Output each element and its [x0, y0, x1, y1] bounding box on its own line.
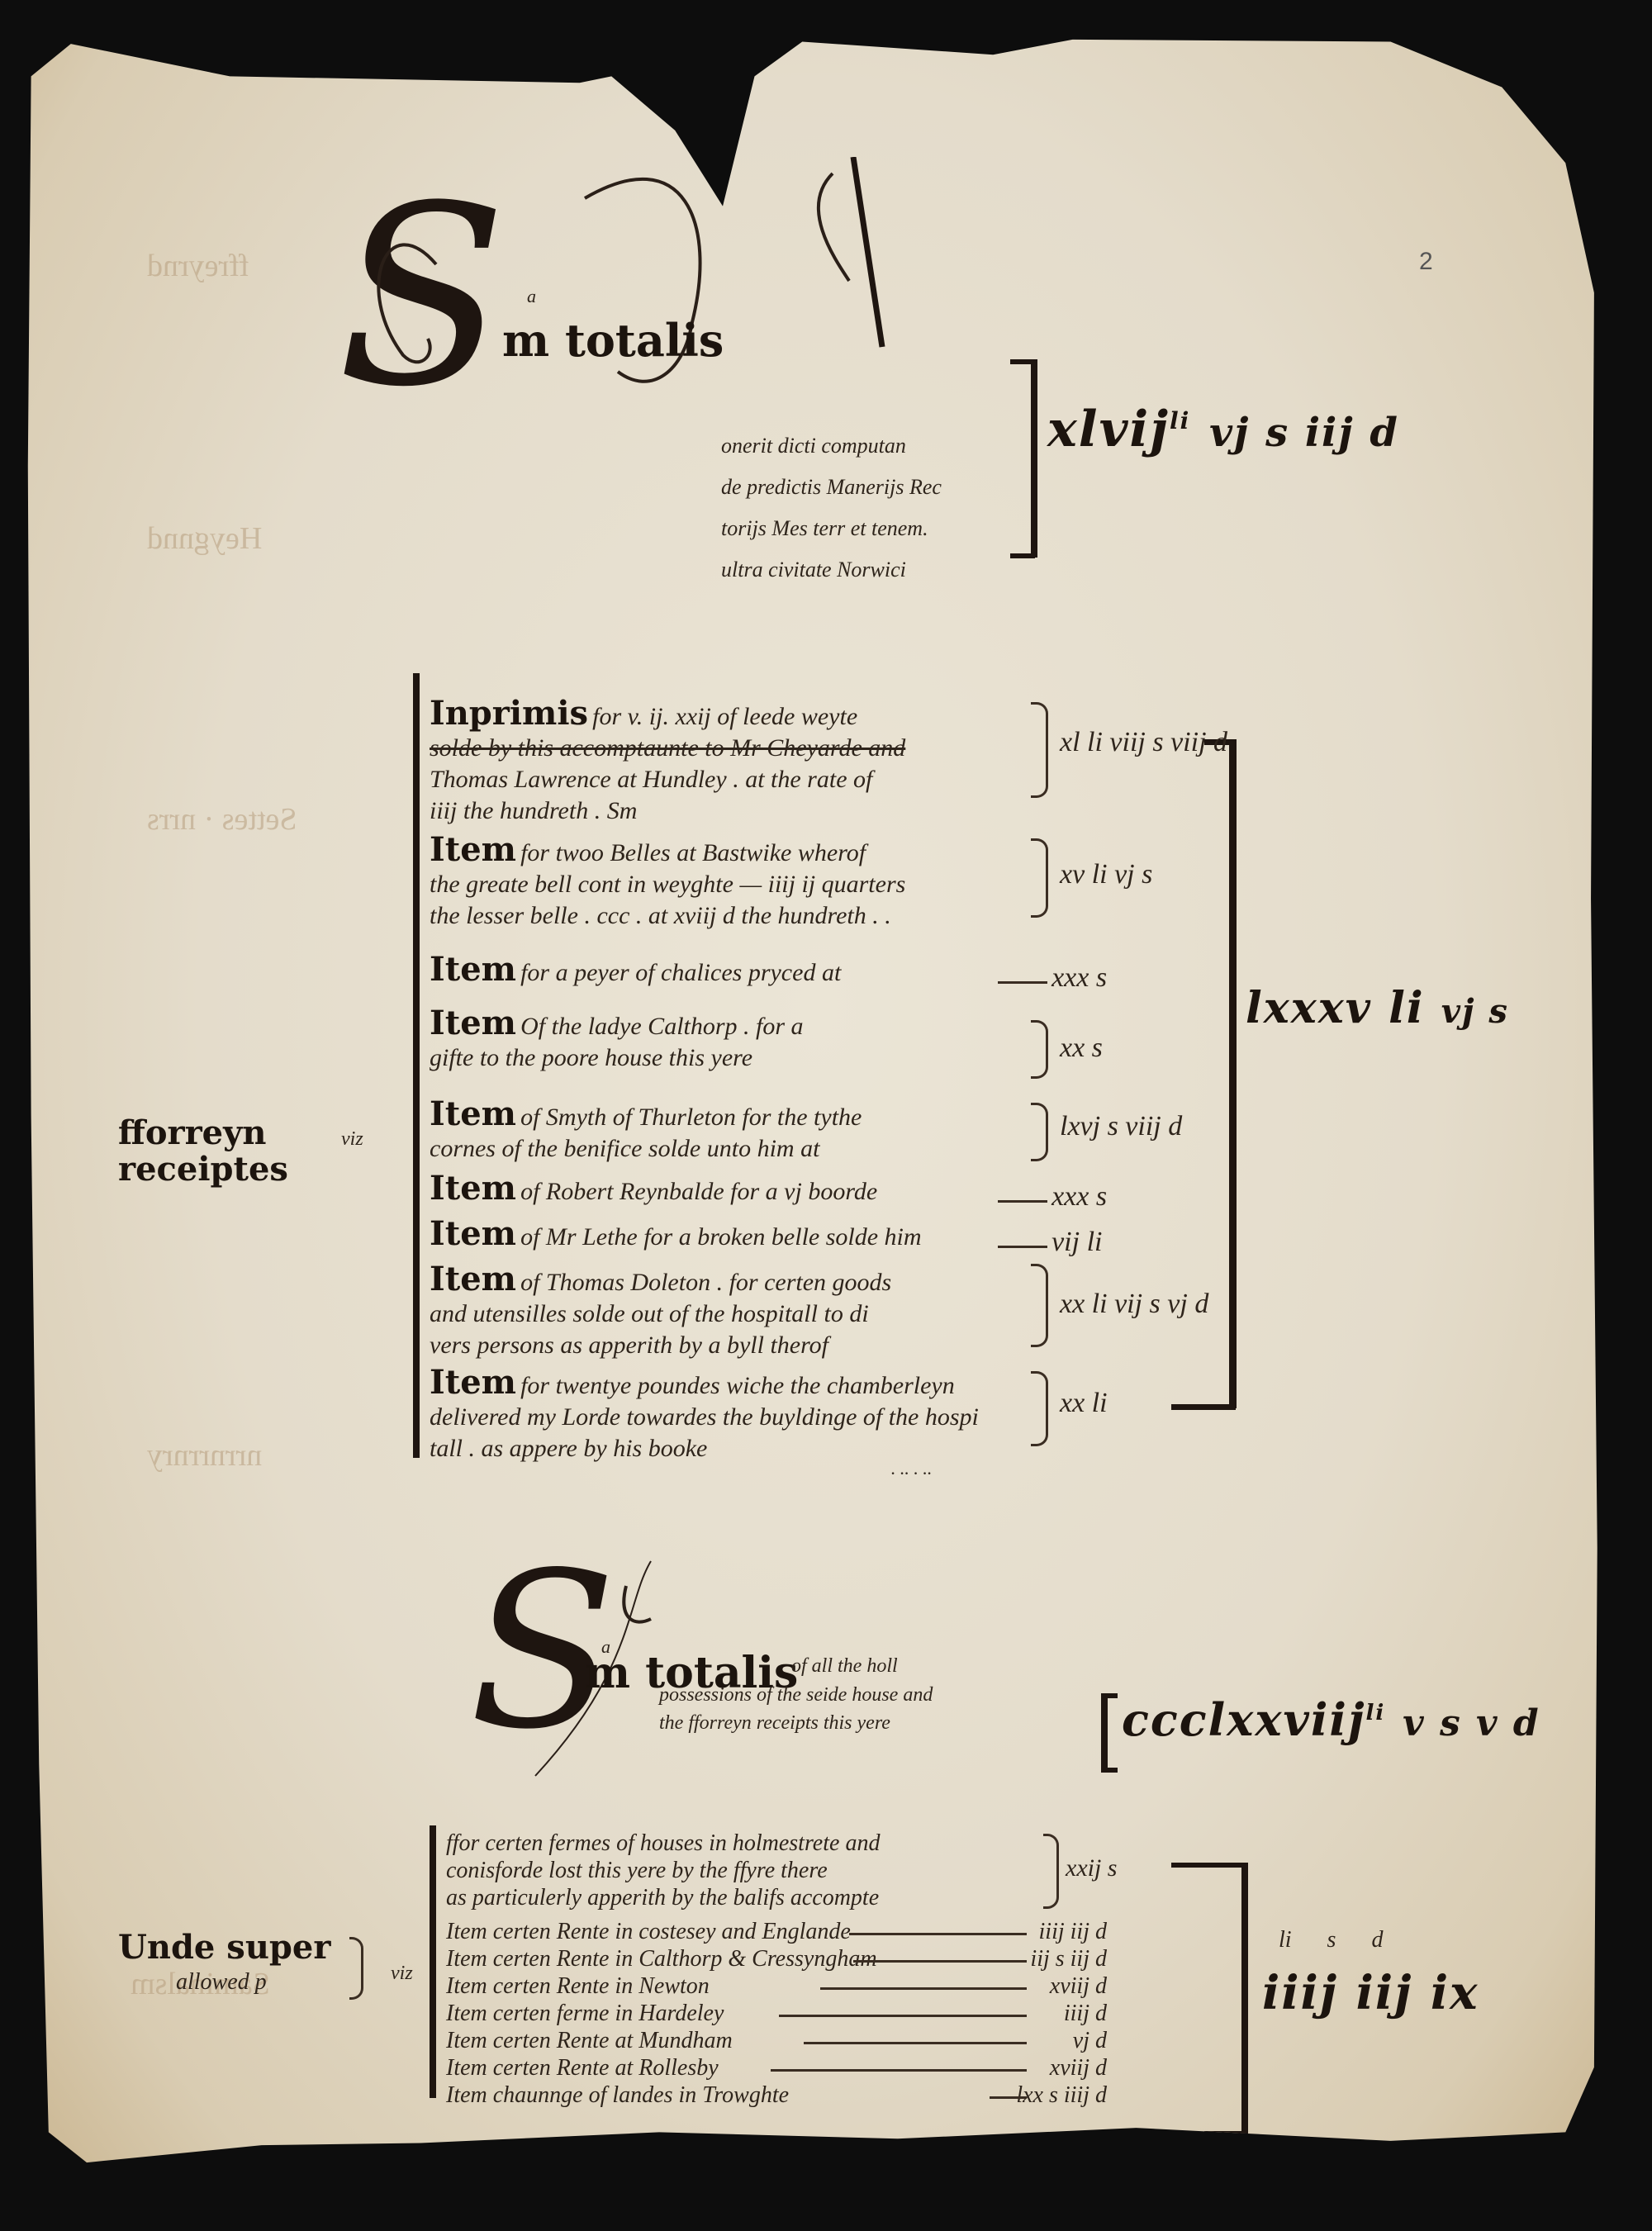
- summa-heading: m totalis: [502, 314, 724, 367]
- receipt-item: Item for twoo Belles at Bastwike wherof …: [430, 830, 1074, 932]
- bracket-line: [1171, 1863, 1247, 1868]
- allowance-item: ffor certen fermes of houses in holmestr…: [446, 1830, 1041, 1911]
- total-units: li s d: [1279, 1925, 1383, 1956]
- left-bracket-rule: [413, 673, 420, 1458]
- bracket-line: [1010, 553, 1035, 558]
- item-brace: [1031, 1103, 1048, 1161]
- item-brace: [1031, 702, 1048, 798]
- item-brace: [349, 1937, 363, 2000]
- item-amount: lxvj s viij d: [1060, 1111, 1182, 1142]
- bleedthrough-text: nrrnrrnry: [147, 1437, 262, 1474]
- allowance-amount: xxij s: [1066, 1854, 1117, 1882]
- item-amount: xx li: [1060, 1388, 1108, 1419]
- item-amount: xx li vij s vj d: [1060, 1289, 1208, 1320]
- leader-line: [849, 1933, 1027, 1935]
- folio-number: 2: [1419, 248, 1433, 276]
- bleedthrough-text: Settes · nrrs: [147, 801, 297, 838]
- receipt-item: Item of Thomas Doleton . for certen good…: [430, 1260, 1074, 1361]
- bracket-line: [1101, 1693, 1108, 1772]
- leader-dash: [998, 981, 1047, 984]
- summa-amount: ccclxxviijli v s v d: [1122, 1693, 1540, 1746]
- viz-label: viz: [391, 1958, 413, 1989]
- margin-label: fforreyn receiptes: [118, 1115, 288, 1188]
- receipt-item: Inprimis for v. ij. xxij of leede weyte …: [430, 694, 1074, 827]
- allowances-total: iiij iij ix: [1262, 1966, 1479, 2020]
- bleedthrough-text: ffreyrnd: [147, 248, 249, 284]
- leader-line: [779, 2015, 1027, 2017]
- bracket-line: [1031, 359, 1037, 558]
- item-brace: [1031, 838, 1048, 918]
- item-brace: [1031, 1371, 1048, 1446]
- receipt-item: Item Of the ladye Calthorp . for a gifte…: [430, 1004, 1074, 1074]
- bracket-line: [1204, 2131, 1247, 2136]
- receipt-item: Item for a peyer of chalices pryced at: [430, 950, 841, 989]
- summa-description: onerit dicti computan de predictis Maner…: [721, 425, 942, 591]
- total-bracket-rule: [1241, 1863, 1248, 2135]
- item-amount: xl li viij s viij d: [1060, 727, 1227, 758]
- item-brace: [1031, 1264, 1048, 1347]
- viz-label: viz: [341, 1123, 363, 1155]
- item-amount-row: xxx s: [998, 962, 1107, 994]
- manuscript-page: ffreyrnd Heygnnd Settes · nrrs nrrnrrnry…: [23, 33, 1613, 2197]
- receipts-total: lxxxv li vj s: [1246, 983, 1509, 1033]
- left-bracket-rule: [430, 1825, 436, 2098]
- item-brace: [1031, 1020, 1048, 1079]
- heading-superscript: a: [601, 1631, 610, 1663]
- allowance-item: Item chaunnge of landes in Trowghte lxx …: [446, 2080, 1107, 2111]
- total-bracket-rule: [1229, 739, 1237, 1408]
- leader-line: [804, 2042, 1027, 2044]
- item-amount: xx s: [1060, 1032, 1103, 1064]
- receipt-item: Item of Robert Reynbalde for a vj boorde: [430, 1169, 877, 1208]
- leader-line: [820, 1987, 1027, 1990]
- summa-description: possessions of the seide house and the f…: [659, 1681, 933, 1737]
- calligraphic-flourish-icon: [337, 157, 981, 421]
- check-marks: · ·· · ··: [890, 1458, 932, 1489]
- leader-line: [990, 2096, 1027, 2099]
- summa-description: of all the holl: [791, 1652, 898, 1680]
- margin-label: Unde super allowed p: [118, 1929, 330, 1998]
- leader-dash: [998, 1200, 1047, 1203]
- bracket-line: [1101, 1693, 1118, 1698]
- leader-line: [853, 1960, 1027, 1963]
- summa-amount: xlvijli vj s iij d: [1047, 401, 1399, 458]
- item-amount-row: xxx s: [998, 1181, 1107, 1213]
- bracket-line: [1010, 359, 1035, 364]
- bracket-line: [1171, 1404, 1236, 1410]
- receipt-item: Item of Smyth of Thurleton for the tythe…: [430, 1094, 1074, 1165]
- item-amount-row: vij li: [998, 1227, 1102, 1258]
- leader-dash: [998, 1246, 1047, 1248]
- item-amount: xv li vj s: [1060, 859, 1152, 890]
- leader-line: [771, 2069, 1027, 2072]
- heading-superscript: a: [527, 281, 536, 312]
- item-brace: [1043, 1834, 1059, 1909]
- receipt-item: Item for twentye poundes wiche the chamb…: [430, 1363, 1074, 1464]
- receipt-item: Item of Mr Lethe for a broken belle sold…: [430, 1214, 922, 1253]
- bracket-line: [1101, 1768, 1118, 1773]
- bleedthrough-text: Heygnnd: [147, 520, 262, 557]
